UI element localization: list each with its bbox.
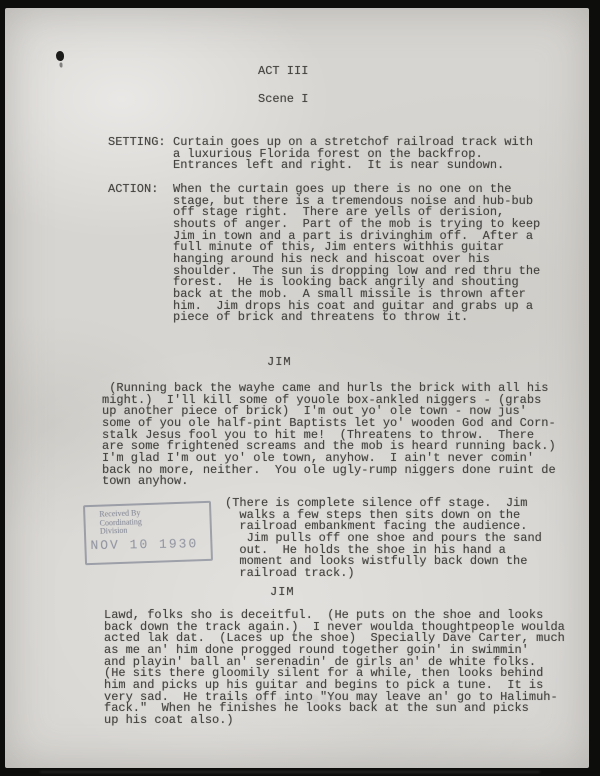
setting-text: Curtain goes up on a stretchof railroad … — [173, 137, 533, 172]
character-heading-jim-2: JIM — [270, 587, 295, 599]
stamp-received-lines: Received By Coordinating Division — [99, 509, 142, 536]
action-text: When the curtain goes up there is no one… — [173, 184, 540, 324]
scene-heading: Scene I — [258, 94, 308, 106]
stamp-date: NOV 10 1930 — [90, 536, 198, 553]
page: ACT III Scene I SETTING: Curtain goes up… — [5, 8, 589, 768]
setting-label: SETTING: — [108, 137, 166, 149]
received-stamp: Received By Coordinating Division NOV 10… — [83, 501, 213, 565]
ink-blot — [56, 51, 64, 61]
jim-speech-1: (Running back the wayhe came and hurls t… — [102, 383, 556, 488]
character-heading-jim-1: JIM — [267, 357, 292, 369]
act-heading: ACT III — [258, 66, 308, 78]
jim-speech-2: Lawd, folks sho is deceitful. (He puts o… — [104, 610, 565, 727]
action-label: ACTION: — [108, 184, 158, 196]
stage-direction: (There is complete silence off stage. Ji… — [225, 498, 542, 580]
